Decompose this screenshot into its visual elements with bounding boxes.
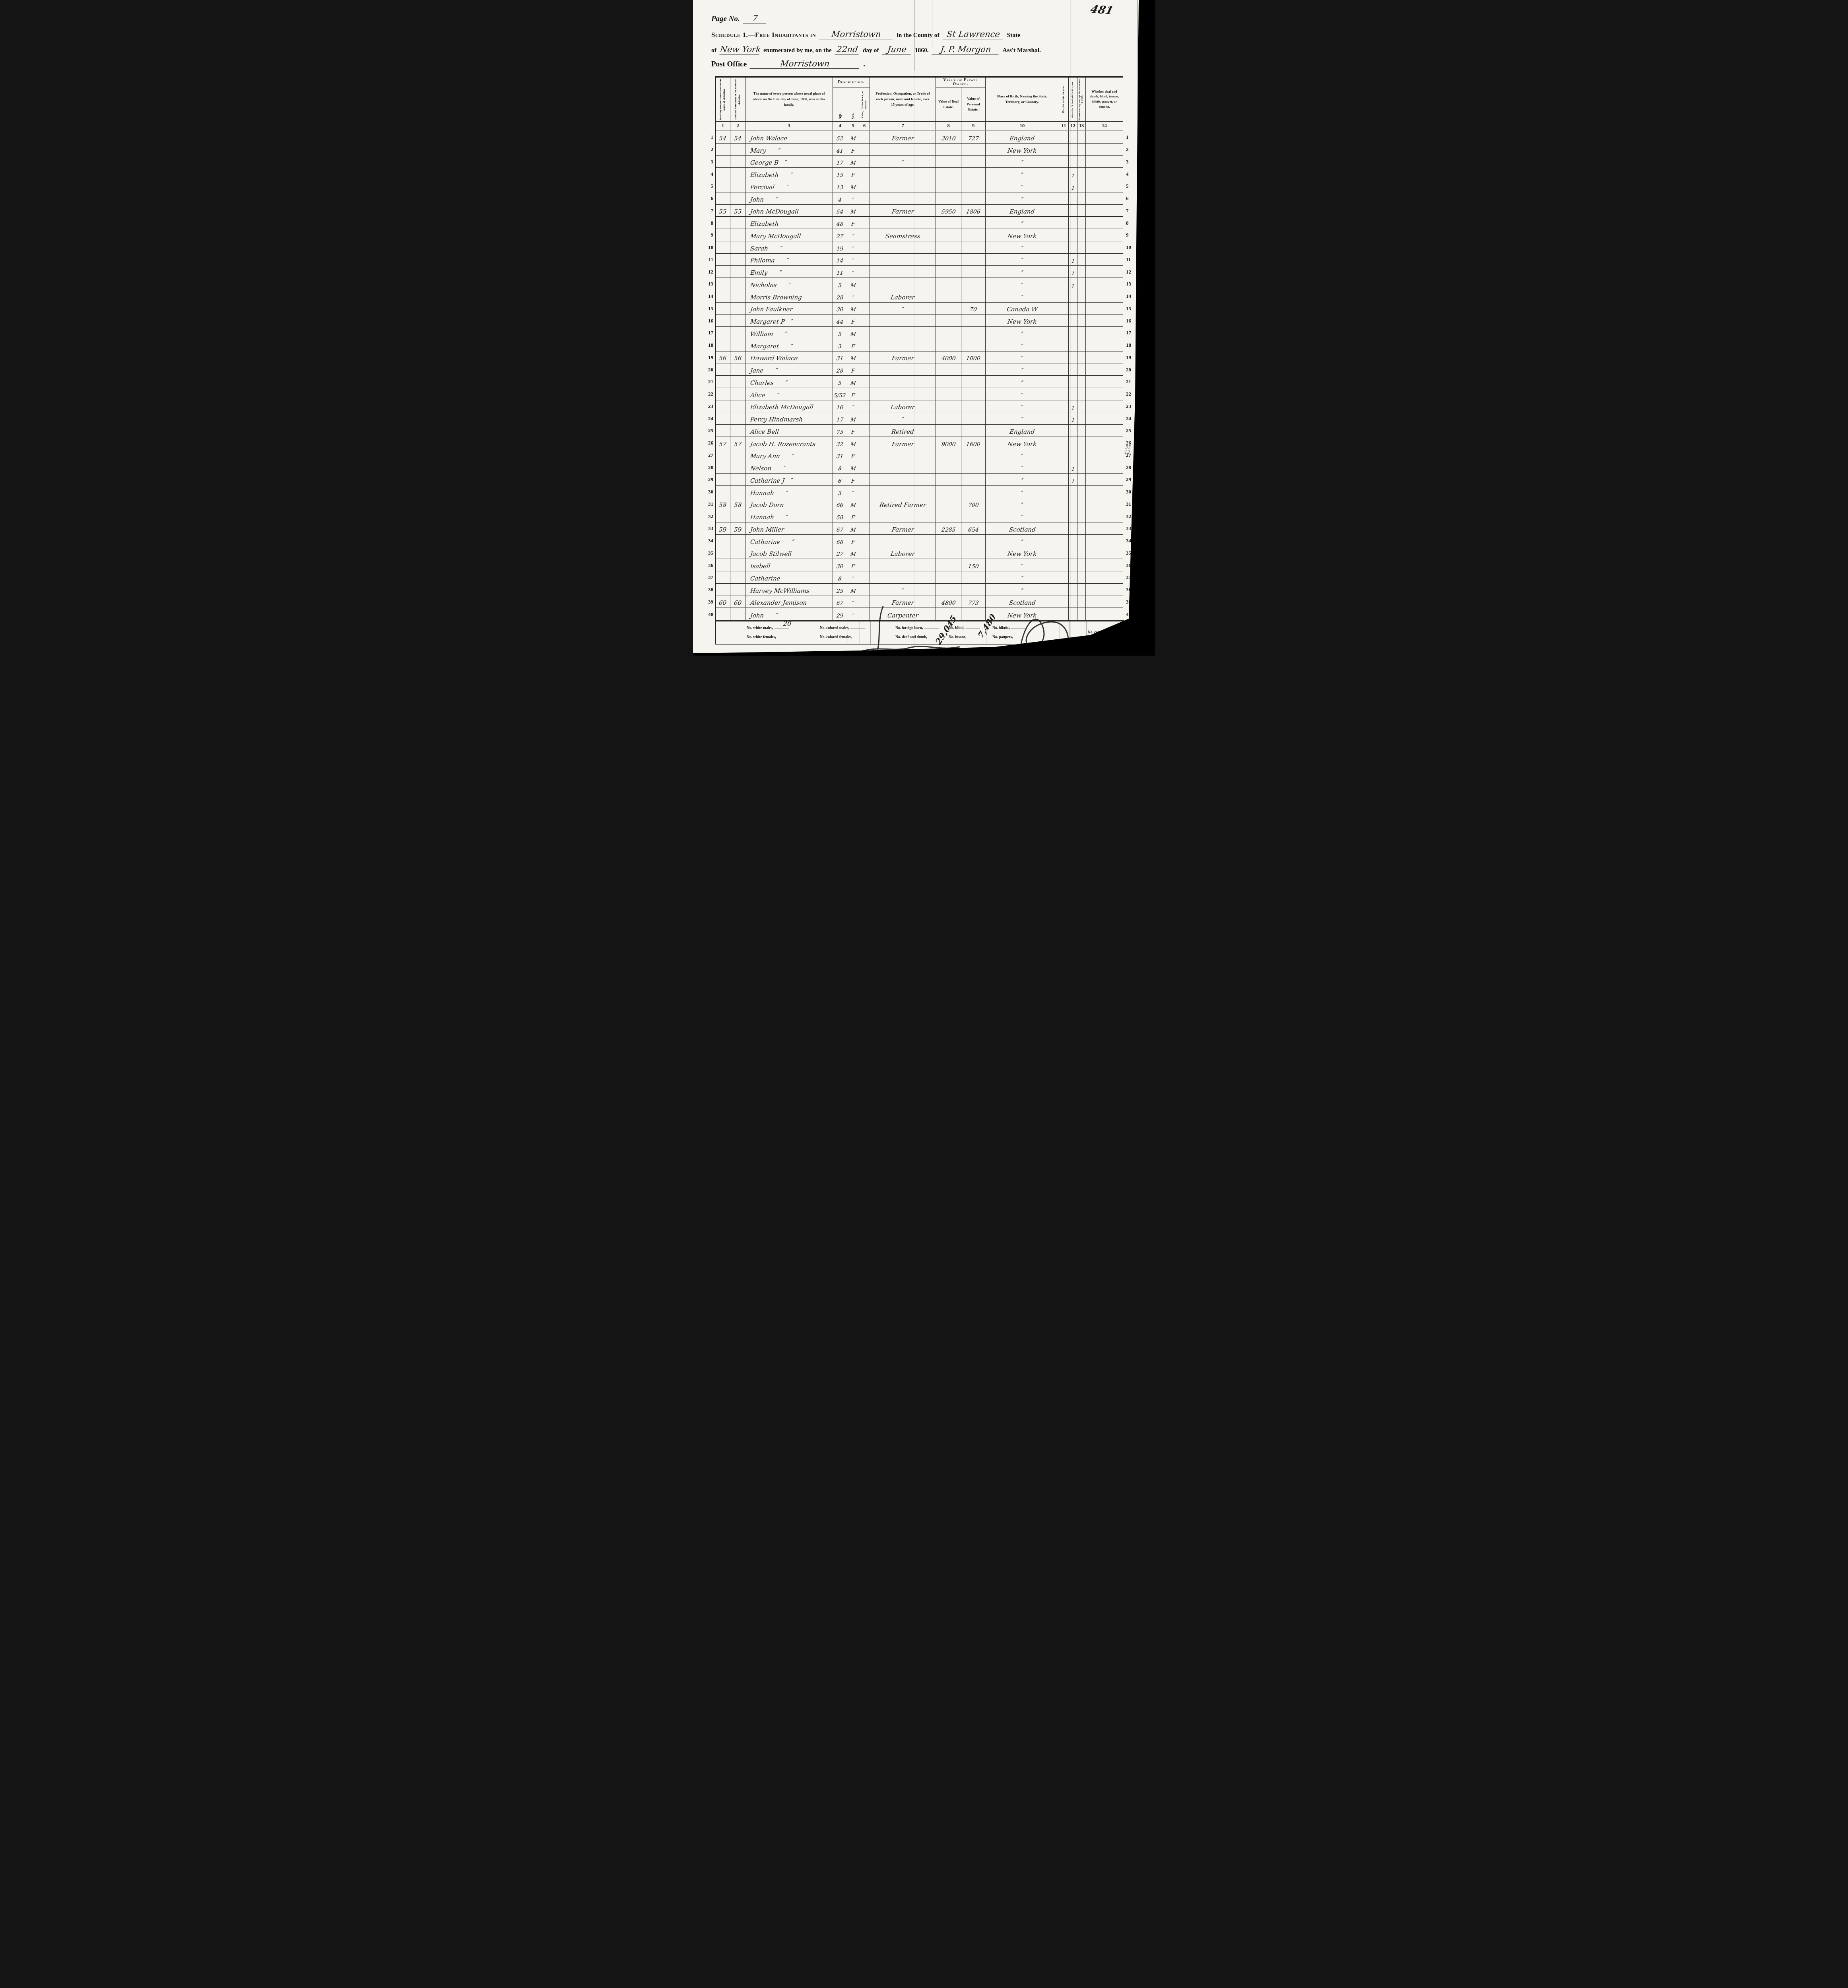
column-number: 12 [1069,122,1077,131]
cell-cannot-read [1077,351,1086,364]
col-header-sex: Sex. [847,87,859,122]
cell-age: 19 [833,241,847,254]
cell-color [859,535,870,547]
cell-married-within-year [1059,205,1069,217]
cell-sex: ″ [847,400,859,413]
col-header-occupation-label: Profession, Occupation, or Trade of each… [870,91,936,108]
cell-married-within-year [1059,584,1069,596]
cell-birthplace: ″ [986,535,1059,547]
row-number-left: 19 [709,351,715,364]
cell-name: Howard Walace [745,351,833,364]
cell-name: Alexander Jemison [745,596,833,608]
cell-married-within-year [1059,229,1069,241]
cell-family-number: 55 [730,205,745,217]
col-header-birthplace-label: Place of Birth, Naming the State, Territ… [986,94,1059,105]
cell-remarks [1086,266,1123,278]
cell-sex: M [847,498,859,511]
col-header-real-estate-label: Value of Real Estate. [936,99,961,110]
cell-cannot-read [1077,547,1086,559]
cell-family-number [730,339,745,351]
cell-attended-school [1069,425,1077,437]
row-number-left: 26 [709,437,715,449]
cell-color [859,461,870,474]
cell-cannot-read [1077,303,1086,315]
cell-color [859,180,870,192]
cell-birthplace: ″ [986,486,1059,498]
col-header-remarks-label: Whether deaf and dumb, blind, insane, id… [1086,89,1123,109]
cell-real-estate-value [936,192,961,205]
row-number-right: 30 [1123,486,1133,498]
cell-occupation [870,266,936,278]
cell-married-within-year [1059,144,1069,156]
cell-married-within-year [1059,168,1069,180]
cell-real-estate-value [936,498,961,511]
row-number-right: 34 [1123,535,1133,547]
row-number-left: 38 [709,584,715,596]
cell-dwelling-number: 60 [715,596,730,608]
cell-dwelling-number [715,449,730,462]
cell-name: Charles ″ [745,376,833,388]
cell-attended-school: 1 [1069,474,1077,486]
cell-sex: F [847,144,859,156]
cell-color [859,205,870,217]
cell-married-within-year [1059,571,1069,584]
cell-remarks [1086,315,1123,327]
cell-occupation: Laborer [870,400,936,413]
schedule-line: Schedule 1.—Free Inhabitants in Morristo… [711,29,1139,39]
row-number-left: 34 [709,535,715,547]
cell-age: 4 [833,192,847,205]
cell-cannot-read [1077,266,1086,278]
cell-personal-estate-value [961,510,986,522]
row-number-left: 11 [709,254,715,266]
cell-married-within-year [1059,425,1069,437]
cell-sex: ″ [847,266,859,278]
cell-married-within-year [1059,156,1069,168]
cell-personal-estate-value [961,156,986,168]
cell-age: 27 [833,547,847,559]
cell-sex: M [847,412,859,425]
row-number-right: 17 [1123,327,1133,339]
cell-family-number [730,217,745,229]
cell-cannot-read [1077,584,1086,596]
cell-birthplace: ″ [986,559,1059,571]
cell-sex: F [847,168,859,180]
cell-cannot-read [1077,376,1086,388]
cell-remarks [1086,584,1123,596]
cell-personal-estate-value: 700 [961,498,986,511]
row-number-right: 18 [1123,339,1133,351]
group-header-estate-label: Value of Estate Owned. [936,78,985,86]
cell-cannot-read [1077,229,1086,241]
cell-sex: M [847,205,859,217]
row-number-right: 23 [1123,400,1133,413]
post-office-value: Morristown [750,59,860,69]
cell-dwelling-number [715,559,730,571]
cell-remarks [1086,486,1123,498]
cell-sex: F [847,510,859,522]
cell-remarks [1086,241,1123,254]
row-number-left: 17 [709,327,715,339]
cell-personal-estate-value [961,144,986,156]
cell-married-within-year [1059,412,1069,425]
cell-sex: F [847,339,859,351]
cell-color [859,339,870,351]
row-number-right: 5 [1123,180,1133,192]
cell-name: Jacob Stilwell [745,547,833,559]
cell-dwelling-number [715,510,730,522]
cell-birthplace: England [986,131,1059,144]
cell-real-estate-value [936,315,961,327]
cell-name: Percival ″ [745,180,833,192]
cell-married-within-year [1059,388,1069,400]
row-number-right: 3 [1123,156,1133,168]
cell-remarks [1086,412,1123,425]
cell-attended-school [1069,241,1077,254]
cell-dwelling-number [715,266,730,278]
cell-personal-estate-value [961,425,986,437]
cell-real-estate-value [936,510,961,522]
cell-cannot-read [1077,131,1086,144]
marshal-title: Ass't Marshal. [1003,47,1041,54]
cell-real-estate-value: 2285 [936,522,961,535]
cell-sex: M [847,437,859,449]
cell-family-number [730,156,745,168]
cell-dwelling-number: 57 [715,437,730,449]
day-of-label: day of [863,47,879,54]
cell-name: Catharine ″ [745,535,833,547]
cell-age: 3 [833,486,847,498]
cell-occupation: Seamstress [870,229,936,241]
cell-sex: M [847,278,859,290]
cell-occupation [870,192,936,205]
cell-age: 11 [833,266,847,278]
cell-color [859,327,870,339]
col-header-families-label: Families numbered in the order of visita… [734,78,742,120]
cell-sex: F [847,388,859,400]
cell-cannot-read [1077,156,1086,168]
cell-occupation: Laborer [870,547,936,559]
cell-real-estate-value [936,449,961,462]
cell-age: 73 [833,425,847,437]
page-no-value: 7 [743,14,767,23]
row-numbers-right-header [1123,76,1133,131]
cell-color [859,388,870,400]
cell-family-number [730,535,745,547]
row-number-right: 7 [1123,205,1133,217]
cell-birthplace: ″ [986,217,1059,229]
column-number: 4 [833,122,847,131]
cell-age: 30 [833,559,847,571]
cell-sex: F [847,217,859,229]
cell-birthplace: ″ [986,412,1059,425]
cell-personal-estate-value [961,315,986,327]
cell-dwelling-number [715,388,730,400]
cell-attended-school [1069,535,1077,547]
cell-personal-estate-value [961,290,986,303]
row-number-right: 4 [1123,168,1133,180]
cell-age: 32 [833,437,847,449]
cell-family-number [730,571,745,584]
cell-real-estate-value [936,559,961,571]
cell-dwelling-number [715,376,730,388]
census-table: Dwelling-houses—numbered in the order of… [709,76,1133,620]
cell-real-estate-value [936,217,961,229]
cell-name: Alice Bell [745,425,833,437]
cell-family-number: 60 [730,596,745,608]
row-number-right: 24 [1123,412,1133,425]
cell-cannot-read [1077,327,1086,339]
row-number-left: 6 [709,192,715,205]
row-number-left: 32 [709,510,715,522]
cell-birthplace: ″ [986,510,1059,522]
cell-cannot-read [1077,241,1086,254]
cell-real-estate-value: 4000 [936,351,961,364]
cell-name: John ″ [745,192,833,205]
cell-name: Jacob H. Rozencrants [745,437,833,449]
cell-age: 5 [833,376,847,388]
cell-occupation [870,388,936,400]
cell-married-within-year [1059,180,1069,192]
column-number: 13 [1077,122,1086,131]
cell-age: 6 [833,474,847,486]
cell-married-within-year [1059,559,1069,571]
cell-real-estate-value [936,229,961,241]
white-females-label: No. white females, [747,635,792,639]
cell-birthplace: ″ [986,339,1059,351]
cell-color [859,584,870,596]
row-number-right: 10 [1123,241,1133,254]
cell-color [859,547,870,559]
cell-remarks [1086,217,1123,229]
cell-married-within-year [1059,339,1069,351]
row-number-right: 16 [1123,315,1133,327]
cell-cannot-read [1077,522,1086,535]
col-header-age: Age. [833,87,847,122]
col-header-name: The name of every person whose usual pla… [745,76,833,122]
month-value: June [882,45,912,54]
cell-birthplace: ″ [986,168,1059,180]
cell-age: 5 [833,327,847,339]
row-number-left: 1 [709,131,715,144]
col-header-age-label: Age. [838,113,842,119]
cell-name: John ″ [745,608,833,620]
cell-occupation: Farmer [870,437,936,449]
cell-occupation [870,168,936,180]
cell-cannot-read [1077,278,1086,290]
cell-age: 48 [833,217,847,229]
cell-cannot-read [1077,498,1086,511]
cell-name: Mary Ann ″ [745,449,833,462]
cell-name: Sarah ″ [745,241,833,254]
cell-married-within-year [1059,327,1069,339]
cell-real-estate-value [936,327,961,339]
col-header-birthplace: Place of Birth, Naming the State, Territ… [986,76,1059,122]
cell-occupation [870,486,936,498]
cell-personal-estate-value [961,266,986,278]
row-number-right: 33 [1123,522,1133,535]
cell-personal-estate-value [961,327,986,339]
cell-color [859,351,870,364]
cell-remarks [1086,168,1123,180]
cell-age: 8 [833,571,847,584]
cell-age: 28 [833,363,847,376]
cell-family-number [730,376,745,388]
cell-age: 30 [833,303,847,315]
cell-remarks [1086,303,1123,315]
cell-dwelling-number [715,192,730,205]
cell-cannot-read [1077,339,1086,351]
column-number: 9 [961,122,986,131]
cell-attended-school [1069,290,1077,303]
cell-age: 44 [833,315,847,327]
cell-remarks [1086,449,1123,462]
cell-personal-estate-value [961,584,986,596]
row-number-left: 29 [709,474,715,486]
cell-cannot-read [1077,510,1086,522]
cell-birthplace: New York [986,437,1059,449]
cell-dwelling-number [715,303,730,315]
row-number-left: 28 [709,461,715,474]
row-number-right: 38 [1123,584,1133,596]
row-number-left: 33 [709,522,715,535]
cell-birthplace: England [986,425,1059,437]
cell-real-estate-value [936,254,961,266]
cell-remarks [1086,571,1123,584]
page-no-line: Page No. 7 [711,14,1139,23]
cell-name: Percy Hindmarsh [745,412,833,425]
cell-birthplace: ″ [986,180,1059,192]
cell-occupation: Farmer [870,522,936,535]
cell-family-number [730,584,745,596]
cell-dwelling-number [715,608,730,620]
cell-real-estate-value [936,290,961,303]
row-number-right: 22 [1123,388,1133,400]
cell-dwelling-number: 55 [715,205,730,217]
signature-flourish [832,606,1110,656]
cell-cannot-read [1077,449,1086,462]
cell-age: 5/52 [833,388,847,400]
column-number: 2 [730,122,745,131]
cell-married-within-year [1059,461,1069,474]
cell-family-number [730,510,745,522]
cell-remarks [1086,180,1123,192]
cell-sex: M [847,156,859,168]
cell-name: Catharine J ″ [745,474,833,486]
county-value: St Lawrence [942,29,1004,39]
cell-married-within-year [1059,376,1069,388]
cell-occupation [870,241,936,254]
cell-color [859,192,870,205]
cell-name: William ″ [745,327,833,339]
cell-cannot-read [1077,254,1086,266]
row-number-left: 2 [709,144,715,156]
cell-age: 58 [833,510,847,522]
cell-birthplace: ″ [986,363,1059,376]
post-office-period: . [863,60,865,69]
cell-family-number [730,180,745,192]
cell-family-number [730,388,745,400]
cell-cannot-read [1077,461,1086,474]
cell-age: 41 [833,144,847,156]
cell-age: 31 [833,351,847,364]
cell-married-within-year [1059,217,1069,229]
cell-family-number [730,474,745,486]
cell-color [859,571,870,584]
cell-occupation: ″ [870,584,936,596]
cell-occupation [870,571,936,584]
col-header-married: Married within the year. [1059,76,1069,122]
cell-color [859,363,870,376]
cell-sex: ″ [847,571,859,584]
cell-sex: M [847,376,859,388]
cell-remarks [1086,339,1123,351]
cell-remarks [1086,156,1123,168]
cell-cannot-read [1077,388,1086,400]
cell-remarks [1086,376,1123,388]
cell-personal-estate-value [961,376,986,388]
cell-married-within-year [1059,241,1069,254]
cell-cannot-read [1077,425,1086,437]
cell-sex: F [847,474,859,486]
cell-attended-school [1069,547,1077,559]
col-header-cannot-read: Persons over 20 y'rs of age who cannot r… [1077,76,1086,122]
cell-dwelling-number [715,412,730,425]
state-label: State [1007,32,1021,39]
cell-dwelling-number [715,425,730,437]
row-number-left: 4 [709,168,715,180]
cell-family-number [730,327,745,339]
cell-remarks [1086,559,1123,571]
cell-birthplace: ″ [986,156,1059,168]
col-header-cannot-read-label: Persons over 20 y'rs of age who cannot r… [1079,78,1084,120]
cell-attended-school [1069,363,1077,376]
cell-sex: ″ [847,241,859,254]
cell-birthplace: ″ [986,584,1059,596]
cell-attended-school [1069,229,1077,241]
cell-age: 17 [833,156,847,168]
white-males-count: 20 [783,620,792,627]
cell-occupation [870,217,936,229]
row-number-left: 24 [709,412,715,425]
row-number-left: 23 [709,400,715,413]
row-number-left: 10 [709,241,715,254]
cell-personal-estate-value [961,400,986,413]
cell-name: Jacob Dorn [745,498,833,511]
cell-married-within-year [1059,131,1069,144]
cell-name: Elizabeth McDougall [745,400,833,413]
cell-real-estate-value [936,388,961,400]
schedule-title: Schedule 1.—Free Inhabitants in [711,31,816,39]
cell-color [859,241,870,254]
row-number-left: 14 [709,290,715,303]
cell-married-within-year [1059,510,1069,522]
cell-married-within-year [1059,254,1069,266]
cell-occupation [870,559,936,571]
cell-married-within-year [1059,192,1069,205]
cell-personal-estate-value [961,535,986,547]
cell-remarks [1086,535,1123,547]
cell-name: Morris Browning [745,290,833,303]
cell-birthplace: ″ [986,474,1059,486]
cell-attended-school: 1 [1069,412,1077,425]
cell-married-within-year [1059,363,1069,376]
cell-occupation [870,474,936,486]
cell-color [859,254,870,266]
cell-personal-estate-value: 1000 [961,351,986,364]
column-number: 5 [847,122,859,131]
cell-sex: M [847,547,859,559]
